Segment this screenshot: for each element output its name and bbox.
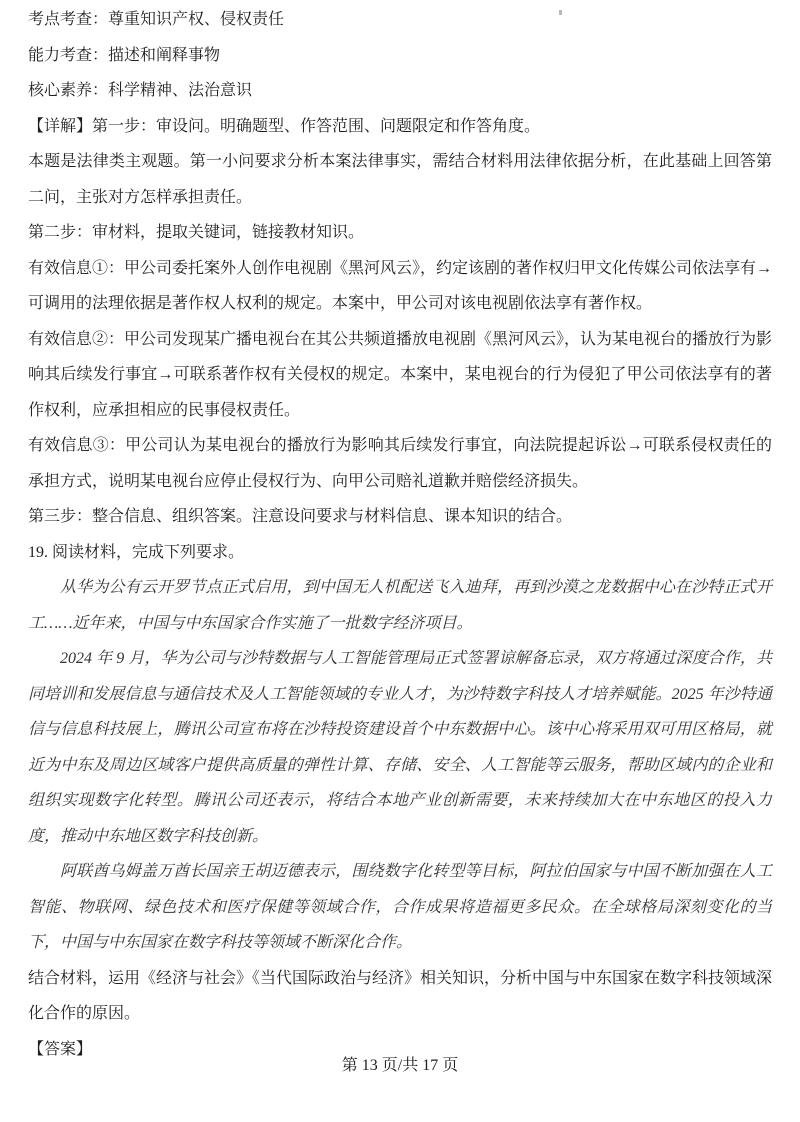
question-prompt-para: 结合材料，运用《经济与社会》《当代国际政治与经济》相关知识，分析中国与中东国家在… bbox=[28, 961, 772, 1032]
page-number: 第 13 页/共 17 页 bbox=[0, 1052, 800, 1080]
ability-line: 能力考查：描述和阐释事物 bbox=[28, 38, 772, 74]
material-para-1: 从华为公有云开罗节点正式启用，到中国无人机配送飞入迪拜，再到沙漠之龙数据中心在沙… bbox=[28, 570, 772, 641]
document-body: 考点考查：尊重知识产权、侵权责任 能力考查：描述和阐释事物 核心素养：科学精神、… bbox=[28, 2, 772, 1067]
step3-line: 第三步：整合信息、组织答案。注意设问要求与材料信息、课本知识的结合。 bbox=[28, 499, 772, 535]
info2-para: 有效信息②：甲公司发现某广播电视台在其公共频道播放电视剧《黑河风云》，认为某电视… bbox=[28, 322, 772, 429]
material-para-2: 2024 年 9 月，华为公司与沙特数据与人工智能管理局正式签署谅解备忘录，双方… bbox=[28, 641, 772, 854]
document-page: 考点考查：尊重知识产权、侵权责任 能力考查：描述和阐释事物 核心素养：科学精神、… bbox=[0, 0, 800, 1122]
core-literacy-line: 核心素养：科学精神、法治意识 bbox=[28, 73, 772, 109]
step1-analysis-para: 本题是法律类主观题。第一小问要求分析本案法律事实，需结合材料用法律依据分析，在此… bbox=[28, 144, 772, 215]
info1-para: 有效信息①：甲公司委托案外人创作电视剧《黑河风云》，约定该剧的著作权归甲文化传媒… bbox=[28, 251, 772, 322]
info3-para: 有效信息③：甲公司认为某电视台的播放行为影响其后续发行事宜，向法院提起诉讼→可联… bbox=[28, 428, 772, 499]
detail-step1-line: 【详解】第一步：审设问。明确题型、作答范围、问题限定和作答角度。 bbox=[28, 109, 772, 145]
exam-point-line: 考点考查：尊重知识产权、侵权责任 bbox=[28, 2, 772, 38]
step2-line: 第二步：审材料，提取关键词，链接教材知识。 bbox=[28, 215, 772, 251]
material-para-3: 阿联酋乌姆盖万酋长国亲王胡迈德表示，围绕数字化转型等目标，阿拉伯国家与中国不断加… bbox=[28, 854, 772, 961]
question-19-heading: 19. 阅读材料，完成下列要求。 bbox=[28, 535, 772, 571]
